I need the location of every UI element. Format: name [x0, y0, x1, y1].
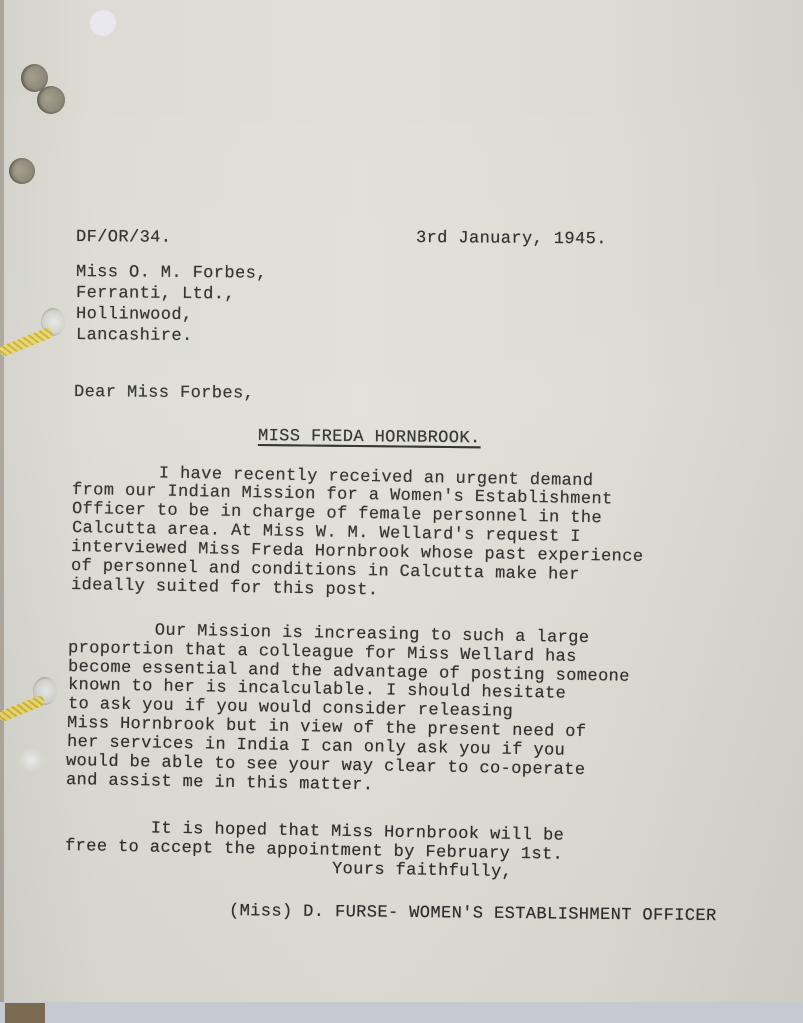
address-line: Miss O. M. Forbes,	[76, 263, 267, 284]
salutation: Dear Miss Forbes,	[74, 383, 254, 404]
letter-page: DF/OR/34. 3rd January, 1945. Miss O. M. …	[0, 0, 803, 1005]
address-line: Ferranti, Ltd.,	[76, 284, 235, 304]
subject-heading: MISS FREDA HORNBROOK.	[258, 427, 481, 448]
folder-corner	[5, 1003, 45, 1023]
underlying-sheet	[0, 1002, 803, 1023]
address-line: Hollinwood,	[76, 305, 193, 325]
typed-letter: DF/OR/34. 3rd January, 1945. Miss O. M. …	[0, 0, 803, 1005]
letter-date: 3rd January, 1945.	[416, 229, 607, 249]
address-line: Lancashire.	[76, 326, 193, 346]
closing: Yours faithfully,	[332, 860, 513, 882]
paragraph-line: and assist me in this matter.	[66, 771, 374, 795]
reference-number: DF/OR/34.	[76, 228, 172, 248]
paragraph-line: ideally suited for this post.	[71, 576, 379, 600]
signature-block: (Miss) D. FURSE- WOMEN'S ESTABLISHMENT O…	[229, 902, 717, 926]
